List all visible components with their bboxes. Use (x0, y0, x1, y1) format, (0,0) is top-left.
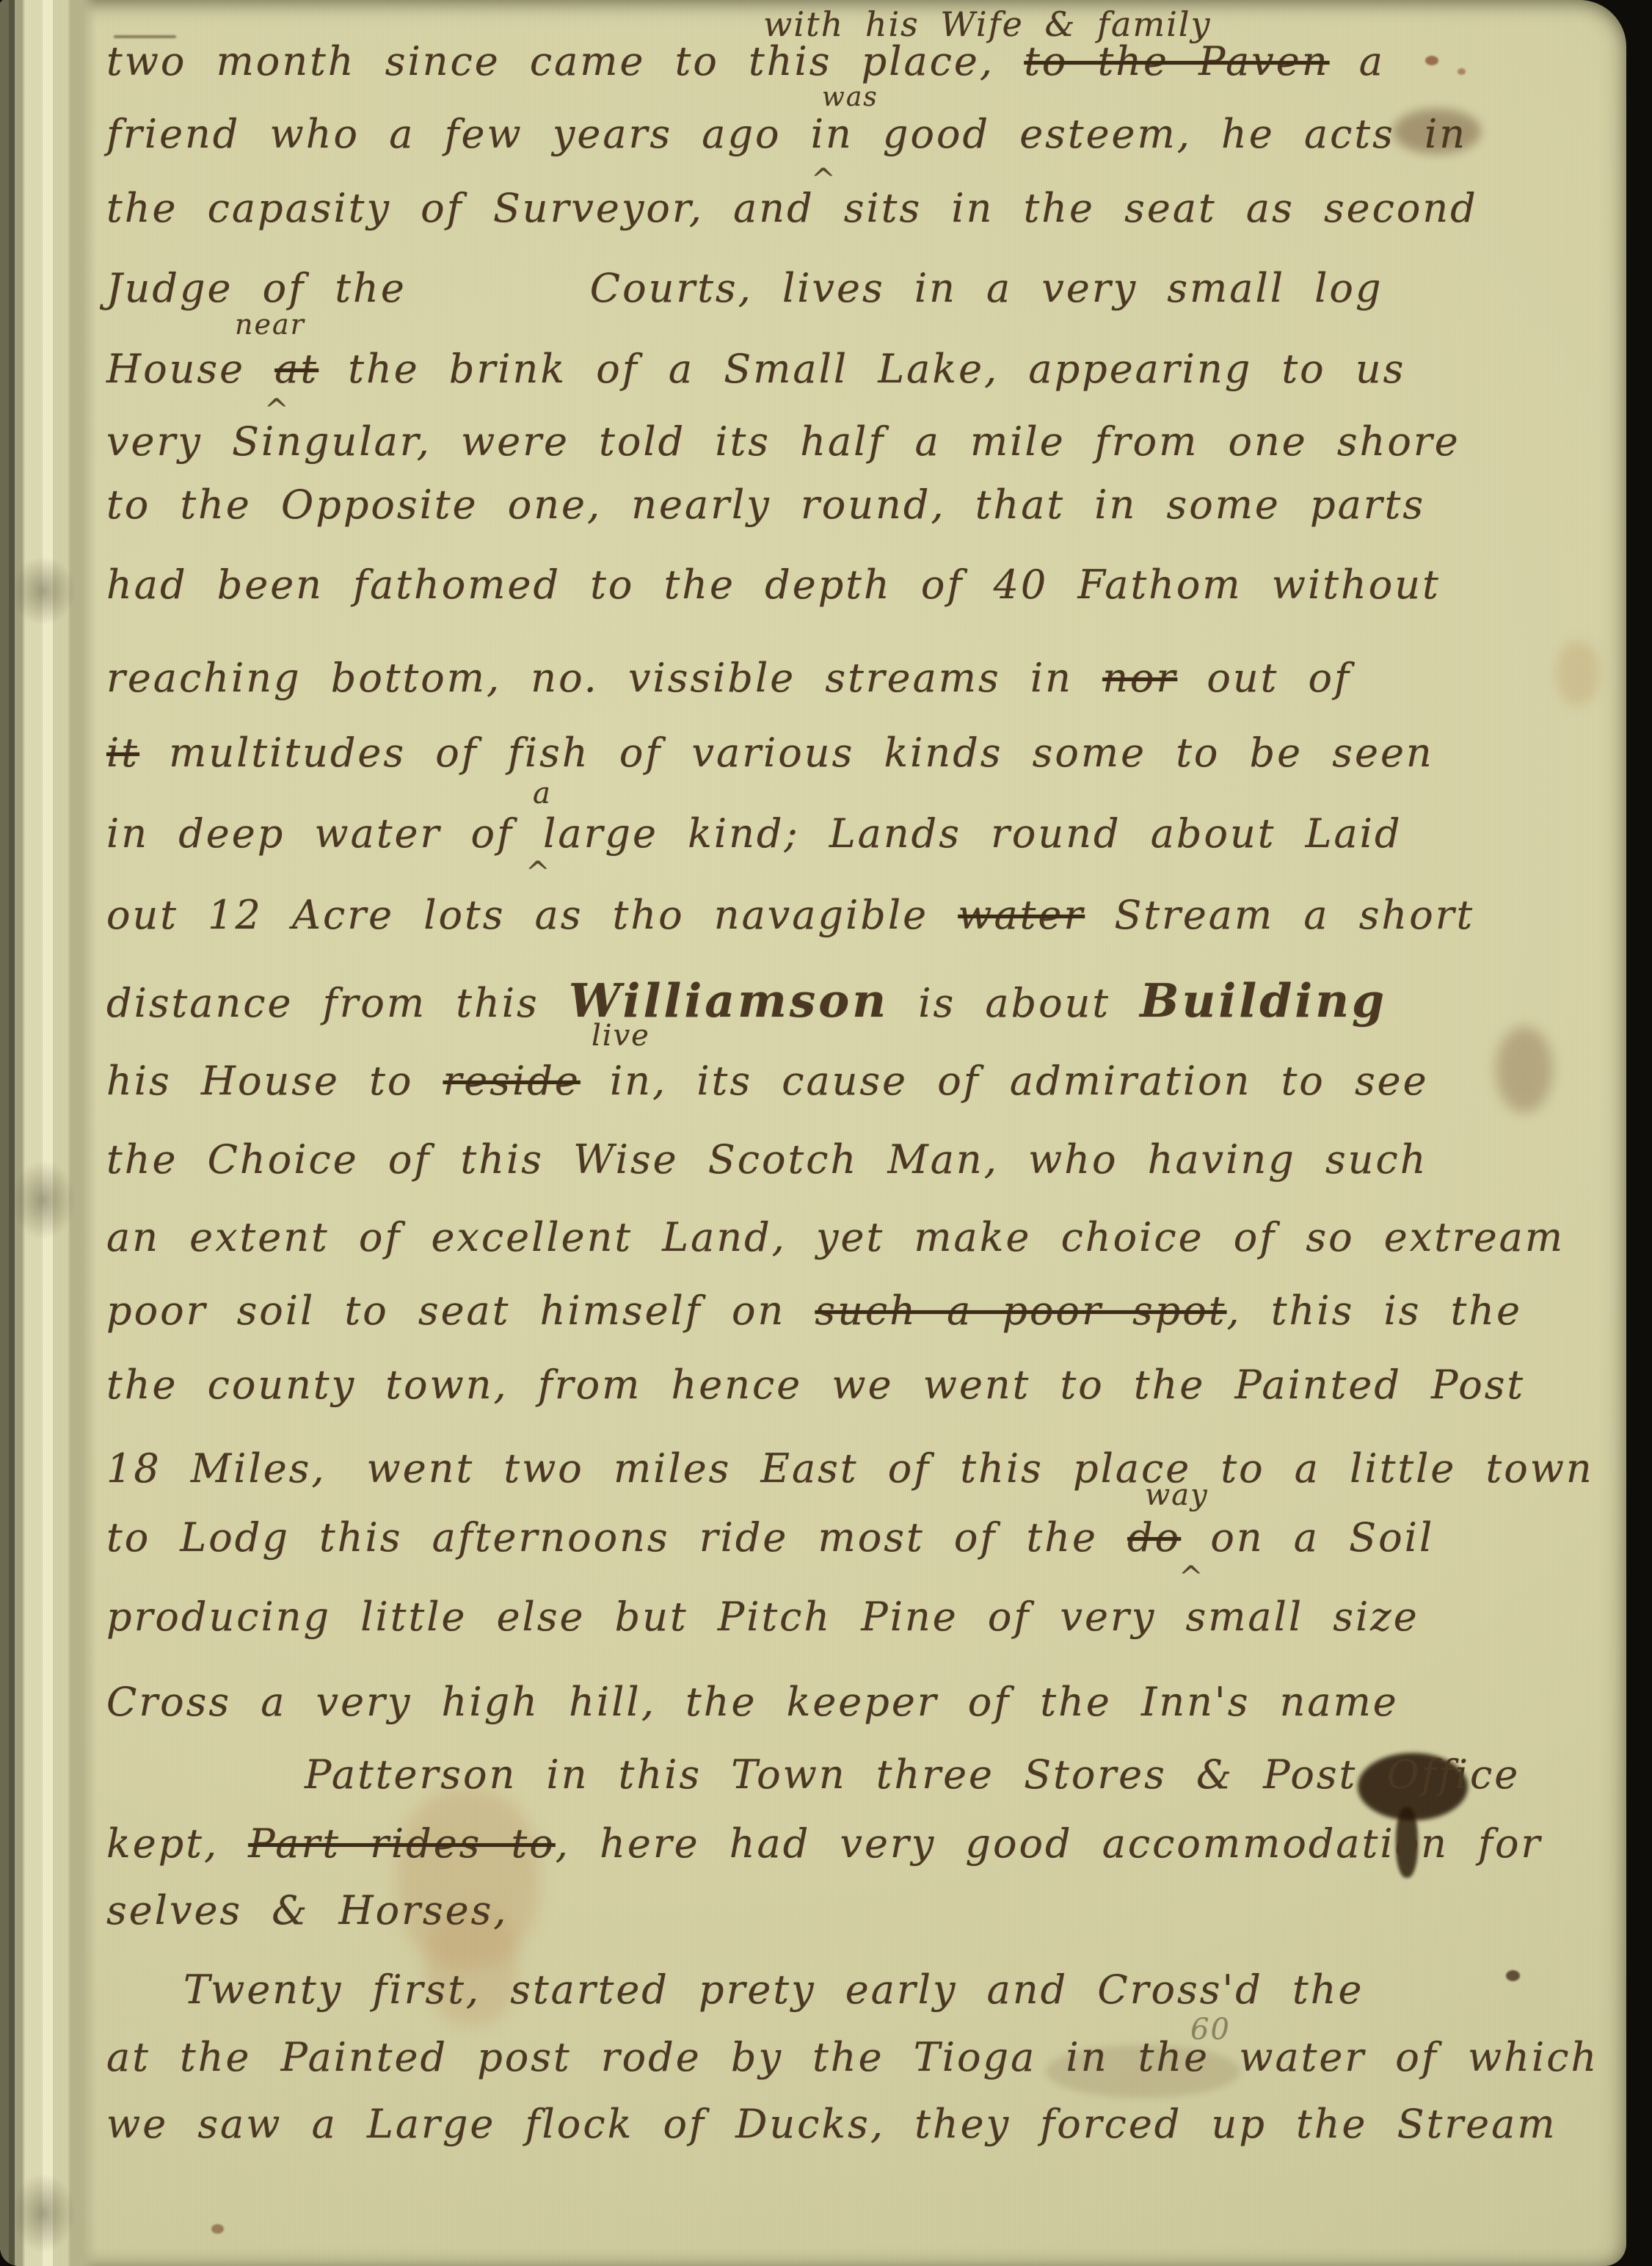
handwritten-text: to Lodg this afternoons ride most of the (106, 1514, 1127, 1561)
book-binding (0, 0, 97, 2266)
manuscript-line: an extent of excellent Land, yet make ch… (106, 1215, 1565, 1260)
manuscript-page: two month since came to this place, to t… (0, 0, 1626, 2266)
caret-mark: ^ (811, 163, 837, 197)
manuscript-line: Patterson in this Town three Stores & Po… (305, 1752, 1520, 1798)
paper-stain (396, 1788, 539, 1968)
handwritten-text: Courts, lives in a very small log (590, 265, 1383, 311)
manuscript-line: reaching bottom, no. vissible streams in… (106, 656, 1351, 701)
ink-spot (1425, 56, 1438, 65)
handwritten-text: large kind; Lands round about Laid (543, 810, 1402, 857)
manuscript-line: Twenty first, started prety early and Cr… (183, 1967, 1364, 2013)
handwritten-text: in deep water of (106, 810, 543, 857)
manuscript-line: friend who a few years ago in good estee… (106, 112, 1467, 157)
manuscript-line: two month since came to this place, to t… (106, 39, 1385, 84)
handwritten-text: selves & Horses, (106, 1887, 508, 1933)
ink-spot (1458, 68, 1466, 75)
handwritten-text: , here had very good accommodation for (556, 1820, 1543, 1867)
manuscript-line: it multitudes of fish of various kinds s… (106, 730, 1434, 776)
ink-spot (1506, 1970, 1520, 1981)
inserted-word: near (235, 308, 305, 341)
manuscript-line: producing little else but Pitch Pine of … (106, 1594, 1419, 1640)
paper-stain (1556, 640, 1600, 706)
handwritten-text: poor soil to seat himself on (106, 1288, 815, 1334)
manuscript-line: selves & Horses, (106, 1888, 508, 1933)
handwritten-text: his House to (106, 1058, 443, 1104)
struck-out-text: reside (443, 1058, 581, 1104)
handwritten-text: is about (889, 980, 1140, 1026)
struck-out-text: Part rides to (248, 1820, 555, 1867)
handwritten-text: the Choice of this Wise Scotch Man, who … (106, 1136, 1427, 1183)
handwritten-text: went two miles East of this place to a l… (367, 1445, 1594, 1492)
handwritten-text: Judge of the (106, 265, 407, 311)
handwritten-text: reaching bottom, no. vissible streams in (106, 655, 1102, 701)
caret-mark: ^ (525, 856, 552, 890)
handwritten-text: House (106, 346, 274, 392)
handwritten-text: very Singular, were told its half a mile… (106, 418, 1460, 465)
inserted-word: 60 (1190, 2013, 1231, 2047)
inserted-word: way (1145, 1478, 1209, 1512)
handwritten-text: a (1330, 38, 1385, 84)
manuscript-line: to the Opposite one, nearly round, that … (106, 482, 1425, 528)
manuscript-line: his House to reside in, its cause of adm… (106, 1058, 1429, 1104)
manuscript-line: Judge of theCourts, lives in a very smal… (106, 266, 1383, 311)
caret-mark: ^ (1179, 1561, 1205, 1594)
handwritten-text: , this is the (1227, 1288, 1523, 1334)
inserted-word: was (822, 82, 878, 112)
manuscript-line: poor soil to seat himself on such a poor… (106, 1288, 1522, 1334)
handwritten-text: two month since came to this place, (106, 38, 1024, 84)
handwritten-text: had been fathomed to the depth of 40 Fat… (106, 562, 1441, 608)
inserted-word: with his Wife & family (763, 4, 1212, 44)
handwritten-text: in, its cause of admiration to see (581, 1058, 1429, 1104)
manuscript-line: to Lodg this afternoons ride most of the… (106, 1515, 1434, 1561)
struck-out-text: nor (1102, 655, 1177, 701)
handwritten-text: Twenty first, started prety early and Cr… (183, 1967, 1364, 2013)
struck-out-text: at (274, 346, 319, 392)
handwritten-text: we saw a Large flock of Ducks, they forc… (106, 2101, 1557, 2147)
handwritten-text: at the Painted post rode by the Tioga in… (106, 2034, 1598, 2080)
manuscript-line: the county town, from hence we went to t… (106, 1362, 1525, 1408)
struck-out-text: it (106, 730, 139, 776)
struck-out-text: do (1127, 1514, 1181, 1561)
manuscript-line: we saw a Large flock of Ducks, they forc… (106, 2102, 1557, 2147)
manuscript-line: at the Painted post rode by the Tioga in… (106, 2035, 1598, 2080)
handwritten-text: multitudes of fish of various kinds some… (139, 730, 1434, 776)
manuscript-line: the Choice of this Wise Scotch Man, who … (106, 1137, 1427, 1183)
manuscript-line: in deep water of large kind; Lands round… (106, 811, 1402, 857)
manuscript-line: had been fathomed to the depth of 40 Fat… (106, 562, 1441, 608)
handwritten-text: an extent of excellent Land, yet make ch… (106, 1214, 1565, 1260)
handwritten-text: 18 Miles, (106, 1445, 327, 1492)
struck-out-text: to the Paven (1024, 38, 1329, 84)
manuscript-line: 18 Miles,went two miles East of this pla… (106, 1446, 1594, 1492)
manuscript-line: very Singular, were told its half a mile… (106, 419, 1460, 465)
blank-space (407, 301, 590, 302)
handwritten-text: Patterson in this Town three Stores & Po… (305, 1751, 1520, 1798)
manuscript-line: Cross a very high hill, the keeper of th… (106, 1679, 1399, 1725)
handwritten-text: on a Soil (1181, 1514, 1434, 1561)
emphasized-word: Building (1140, 973, 1387, 1028)
handwritten-text: out 12 Acre lots as tho navagible (106, 892, 958, 938)
manuscript-line: out 12 Acre lots as tho navagible water … (106, 893, 1474, 938)
handwritten-text: kept, (106, 1820, 248, 1867)
inserted-word: live (592, 1019, 650, 1053)
handwritten-text: Stream a short (1085, 892, 1474, 938)
manuscript-line: distance from this Williamson is about B… (106, 974, 1387, 1027)
blank-space (327, 1481, 367, 1482)
ink-spot (211, 2224, 224, 2234)
manuscript-line: the capasity of Surveyor, and sits in th… (106, 186, 1478, 231)
handwritten-text: to the Opposite one, nearly round, that … (106, 482, 1425, 528)
struck-out-text: water (958, 892, 1085, 938)
manuscript-line: House at the brink of a Small Lake, appe… (106, 346, 1405, 392)
inserted-word: a (533, 777, 552, 810)
handwritten-text: Cross a very high hill, the keeper of th… (106, 1679, 1399, 1725)
manuscript-line: kept, Part rides to, here had very good … (106, 1821, 1542, 1867)
handwritten-text: the county town, from hence we went to t… (106, 1362, 1525, 1408)
handwritten-text: friend who a few years ago in good estee… (106, 111, 1467, 157)
struck-out-text: such a poor spot (815, 1288, 1226, 1334)
handwritten-text: producing little else but Pitch Pine of … (106, 1594, 1419, 1640)
caret-mark: ^ (264, 393, 291, 427)
handwritten-text: distance from this (106, 980, 569, 1026)
handwritten-text: out of (1177, 655, 1351, 701)
handwritten-text: the brink of a Small Lake, appearing to … (319, 346, 1405, 392)
handwritten-text: the capasity of Surveyor, and sits in th… (106, 185, 1478, 231)
ink-smudge (1496, 1026, 1553, 1113)
